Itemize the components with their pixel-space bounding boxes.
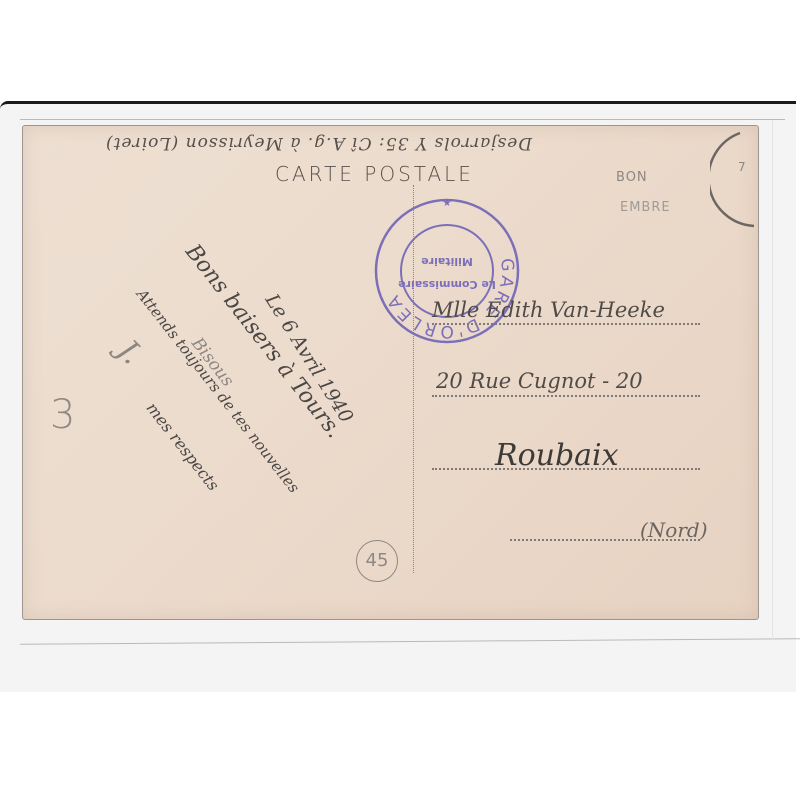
- address-line-rule-1: [432, 323, 700, 325]
- pencil-department-number: 45: [356, 540, 398, 582]
- svg-text:★: ★: [443, 198, 452, 209]
- address-region: (Nord): [640, 518, 708, 542]
- postmark-digit: 7: [738, 160, 747, 174]
- postmark-text-2: EMBRE: [620, 200, 671, 215]
- svg-text:Militaire: Militaire: [421, 255, 473, 268]
- address-city: Roubaix: [495, 438, 619, 473]
- card-title: CARTE POSTALE: [275, 162, 474, 186]
- mat-edge-top: [20, 119, 785, 120]
- address-line-rule-2: [432, 395, 700, 397]
- postmark-text-1: BON: [616, 170, 648, 185]
- address-recipient: Mlle Edith Van-Heeke: [432, 298, 665, 322]
- svg-text:Le Commissaire: Le Commissaire: [398, 278, 496, 291]
- postmark: [710, 128, 790, 228]
- address-street: 20 Rue Cugnot - 20: [436, 369, 643, 393]
- pencil-lot-number: 3: [50, 392, 75, 438]
- sender-handwriting: Desjarrols Y 35: Cî A.g. à Meyrisson (Lo…: [105, 133, 532, 153]
